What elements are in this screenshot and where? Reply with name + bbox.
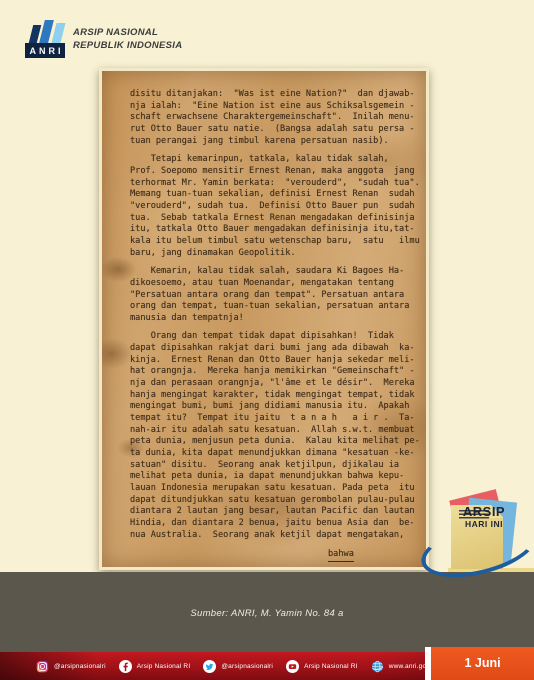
youtube-icon: [286, 660, 299, 673]
document-line: Tetapi kemarinpun, tatkala, kalau tidak …: [130, 154, 422, 166]
document-line: melihat peta dunia, ia dapat menundjukka…: [130, 471, 422, 483]
document-line: satuan" disitu. Seorang anak ketjilpun, …: [130, 460, 422, 472]
document-line: ta dunia, kita dapat menundjukkan dimana…: [130, 448, 422, 460]
document-line: manusia dan tempatnja!: [130, 313, 422, 325]
document-paragraph: disitu ditanjakan: "Was ist eine Nation?…: [130, 89, 422, 147]
arsip-hari-ini-badge: ARSIP HARI INI: [434, 488, 534, 580]
document-line: disitu ditanjakan: "Was ist eine Nation?…: [130, 89, 422, 101]
instagram-icon: [36, 660, 49, 673]
date-badge: 1 Juni: [425, 647, 534, 680]
org-name-line1: ARSIP NASIONAL: [73, 27, 182, 40]
caption-band: Sumber: ANRI, M. Yamin No. 84 a: [0, 572, 534, 652]
document-line: orang dan tempat, tuan-tuan sekalian, pe…: [130, 301, 422, 313]
document-line: tempat itu? Tempat itu jaitu t a n a h a…: [130, 413, 422, 425]
document-line: dapat dipisahkan rakjat dari bumi jang a…: [130, 343, 422, 355]
document-line: dapat ditundjukkan satu kesatuan gerombo…: [130, 495, 422, 507]
social-item-instagram[interactable]: @arsipnasionalri: [36, 660, 106, 673]
document-line: tuan perangai jang timbul karena persatu…: [130, 136, 422, 148]
document-line: schaft erwachsene Charaktergemeinschaft"…: [130, 112, 422, 124]
org-name-line2: REPUBLIK INDONESIA: [73, 40, 182, 53]
document-line: rut Otto Bauer satu natie. (Bangsa adala…: [130, 124, 422, 136]
document-line: Hindia, dan diantara 2 benua, jaitu benu…: [130, 518, 422, 530]
instagram-handle: @arsipnasionalri: [54, 663, 106, 670]
document-line: nja ialah: "Eine Nation ist eine aus Sch…: [130, 101, 422, 113]
document-line: peta dunia, menjusun peta dunia. Kalau k…: [130, 436, 422, 448]
document-line: nah-air itu adalah satu kesatuan. Allah …: [130, 425, 422, 437]
document-line: dikoesoemo, atau tuan Moenandar, mengata…: [130, 278, 422, 290]
org-name: ARSIP NASIONAL REPUBLIK INDONESIA: [73, 27, 182, 52]
twitter-handle: @arsipnasionalri: [221, 663, 273, 670]
document-text: disitu ditanjakan: "Was ist eine Nation?…: [130, 89, 422, 562]
document-line: "Persatuan antara orang dan tempat". Per…: [130, 290, 422, 302]
globe-icon: [371, 660, 384, 673]
poster-page: ANRI ARSIP NASIONAL REPUBLIK INDONESIA d…: [0, 0, 534, 680]
youtube-handle: Arsip Nasional RI: [304, 663, 358, 670]
document-line: Kemarin, kalau tidak salah, saudara Ki B…: [130, 266, 422, 278]
source-caption: Sumber: ANRI, M. Yamin No. 84 a: [0, 608, 534, 619]
document-paragraph: Kemarin, kalau tidak salah, saudara Ki B…: [130, 266, 422, 324]
document-line: Memang tuan-tuan sekalian, definisi Erne…: [130, 189, 422, 201]
social-item-youtube[interactable]: Arsip Nasional RI: [286, 660, 358, 673]
anri-logo: ANRI: [25, 19, 65, 58]
twitter-icon: [203, 660, 216, 673]
document-line: Prof. Soepomo mensitir Ernest Renan, mak…: [130, 166, 422, 178]
document-line: itu, tatkala Otto Bauer mengadakan defin…: [130, 224, 422, 236]
document-line: hanja mengingat karakter, tidak menginga…: [130, 390, 422, 402]
facebook-handle: Arsip Nasional RI: [137, 663, 191, 670]
document-paragraph: Tetapi kemarinpun, tatkala, kalau tidak …: [130, 154, 422, 259]
anri-logo-bars-icon: [28, 19, 64, 43]
document-line: mengingat bumi, bumi jang didiami manusi…: [130, 401, 422, 413]
document-line: baru, jang dinamakan Geopolitik.: [130, 248, 422, 260]
document-paragraph: Orang dan tempat tidak dapat dipisahkan!…: [130, 331, 422, 541]
social-links: @arsipnasionalri Arsip Nasional RI: [36, 652, 447, 680]
document-photo: disitu ditanjakan: "Was ist eine Nation?…: [99, 68, 429, 570]
document-line: nja dan perasaan orangnja, "l'âme et le …: [130, 378, 422, 390]
document-line: hat orangnja. Mereka hanja memikirkan "G…: [130, 366, 422, 378]
document-line: kala itu belum timbul satu wetenschap ba…: [130, 236, 422, 248]
document-line: diantara 2 lautan jang besar, lautan Pac…: [130, 506, 422, 518]
anri-acronym: ANRI: [25, 43, 65, 58]
facebook-icon: [119, 660, 132, 673]
social-item-facebook[interactable]: Arsip Nasional RI: [119, 660, 191, 673]
document-line: Orang dan tempat tidak dapat dipisahkan!…: [130, 331, 422, 343]
document-line: nua Australia. Seorang anak ketjil dapat…: [130, 530, 422, 542]
document-line: terhormat Mr. Yamin berkata: "verouderd"…: [130, 178, 422, 190]
document-line: lauan Indonesia merupakan satu kesatuan.…: [130, 483, 422, 495]
social-item-twitter[interactable]: @arsipnasionalri: [203, 660, 273, 673]
catchword: bahwa: [328, 549, 354, 562]
document-line: kinja. Ernest Renan dan Otto Bauer hanja…: [130, 355, 422, 367]
document-line: "verouderd", sudah tua. Definisi Otto Ba…: [130, 201, 422, 213]
document-line: tua. Sebab tatkala Ernest Renan mengadak…: [130, 213, 422, 225]
